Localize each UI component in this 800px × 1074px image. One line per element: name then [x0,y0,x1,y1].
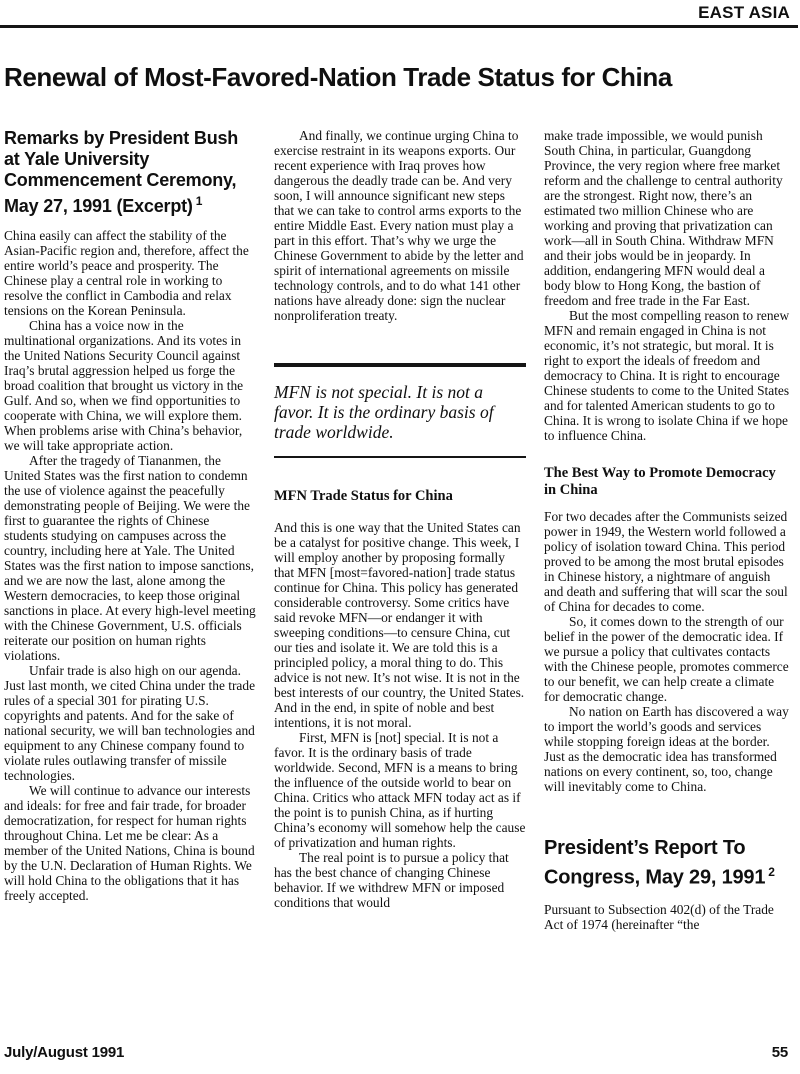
report-heading: President’s Report To Congress, May 29, … [544,836,790,890]
footnote-marker-2: 2 [768,865,774,879]
right-column-body-bottom: Pursuant to Subsection 402(d) of the Tra… [544,902,790,932]
paragraph: First, MFN is [not] special. It is not a… [274,730,526,850]
report-heading-text: President’s Report To Congress, May 29, … [544,837,765,889]
paragraph: make trade impossible, we would punish S… [544,128,790,308]
speech-heading: Remarks by President Bush at Yale Univer… [4,128,256,217]
right-column-body-top: make trade impossible, we would punish S… [544,128,790,443]
paragraph: Unfair trade is also high on our agenda.… [4,663,256,783]
column-left: Remarks by President Bush at Yale Univer… [4,128,256,932]
paragraph: So, it comes down to the strength of our… [544,614,790,704]
paragraph: And this is one way that the United Stat… [274,520,526,730]
column-middle: And finally, we continue urging China to… [274,128,526,932]
pull-quote-block: MFN is not special. It is not a favor. I… [274,363,526,458]
subheading-best-way-democracy: The Best Way to Promote Democracy in Chi… [544,465,790,499]
paragraph: We will continue to advance our interest… [4,783,256,903]
middle-column-body-top: And finally, we continue urging China to… [274,128,526,323]
paragraph: China has a voice now in the multination… [4,318,256,453]
column-right: make trade impossible, we would punish S… [544,128,790,932]
article-columns: Remarks by President Bush at Yale Univer… [4,128,790,932]
left-column-body: China easily can affect the stability of… [4,228,256,903]
pull-quote-rule-bottom [274,456,526,458]
middle-column-body-bottom: And this is one way that the United Stat… [274,520,526,910]
paragraph: After the tragedy of Tiananmen, the Unit… [4,453,256,663]
paragraph: But the most compelling reason to renew … [544,308,790,443]
paragraph: China easily can affect the stability of… [4,228,256,318]
paragraph: For two decades after the Communists sei… [544,509,790,614]
magazine-page: EAST ASIA Renewal of Most-Favored-Nation… [0,0,800,1074]
page-number: 55 [772,1044,788,1061]
page-title: Renewal of Most-Favored-Nation Trade Sta… [4,62,672,93]
paragraph: No nation on Earth has discovered a way … [544,704,790,794]
subheading-mfn-trade-status: MFN Trade Status for China [274,488,526,505]
issue-date: July/August 1991 [4,1044,124,1061]
header-rule [0,25,798,28]
paragraph: Pursuant to Subsection 402(d) of the Tra… [544,902,790,932]
paragraph: And finally, we continue urging China to… [274,128,526,323]
right-column-body-middle: For two decades after the Communists sei… [544,509,790,794]
speech-heading-text: Remarks by President Bush at Yale Univer… [4,128,238,216]
footnote-marker-1: 1 [196,194,202,208]
pull-quote-rule-top [274,363,526,367]
section-label: EAST ASIA [698,3,790,23]
paragraph: The real point is to pursue a policy tha… [274,850,526,910]
pull-quote: MFN is not special. It is not a favor. I… [274,382,526,442]
